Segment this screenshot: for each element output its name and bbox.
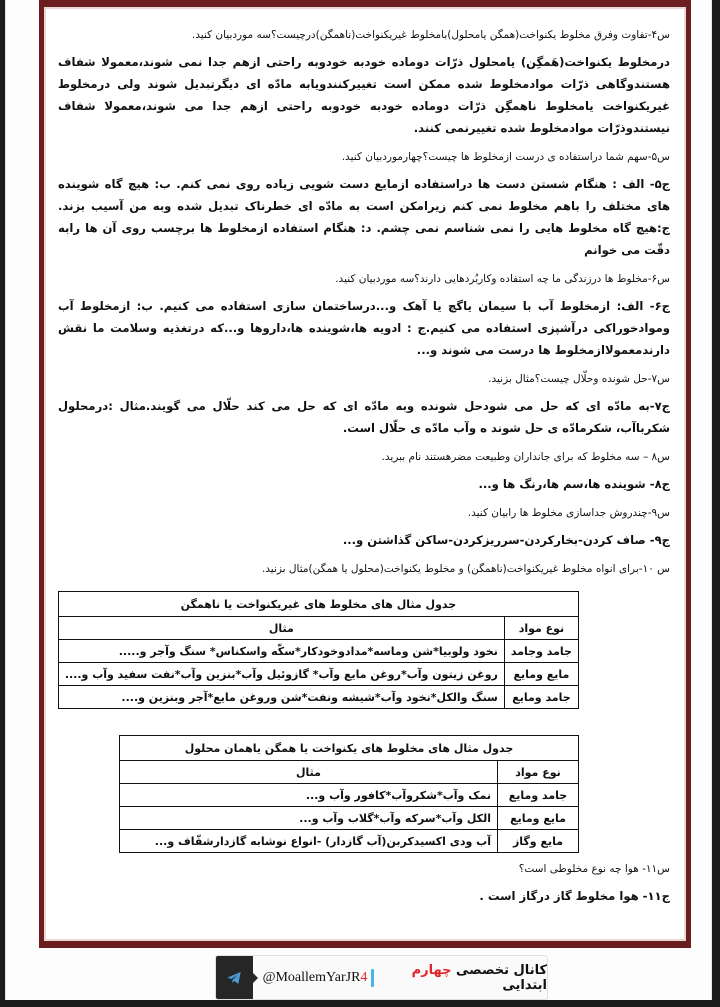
- table-row: مایع ومایع روغن زیتون وآب*روغن مایع وآب*…: [58, 663, 578, 686]
- table-row: مایع وگاز آب ودی اکسیدکربن(آب گازدار) -ا…: [120, 830, 579, 853]
- table-row: جامد ومایع سنگ والکل*نخود وآب*شیشه ونفت*…: [58, 686, 578, 709]
- question-8: س۸ – سه مخلوط که برای جانداران وطبیعت مض…: [58, 449, 670, 465]
- telegram-icon-box[interactable]: [216, 956, 253, 999]
- channel-name-part: کانال تخصصی: [451, 963, 547, 978]
- column-header-type: نوع مواد: [498, 761, 579, 784]
- table-header-row: نوع مواد مثال: [58, 617, 578, 640]
- page-border-frame: س۴-تفاوت وفرق مخلوط یکنواخت(همگن یامحلول…: [39, 0, 691, 948]
- question-11: س۱۱- هوا چه نوع مخلوطی است؟: [58, 861, 670, 877]
- frame-inner-border: س۴-تفاوت وفرق مخلوط یکنواخت(همگن یامحلول…: [44, 7, 686, 941]
- cell-example: الکل وآب*سرکه وآب*گلاب وآب و...: [120, 807, 498, 830]
- table-row: جامد ومایع نمک وآب*شکروآب*کافور وآب و...: [120, 784, 579, 807]
- table-title: جدول مثال های مخلوط های یکنواخت یا همگن …: [120, 736, 579, 761]
- question-7: س۷-حل شونده وحلّال چیست؟مثال بزنید.: [58, 371, 670, 387]
- answer-8: ج۸- شوینده ها،سم ها،رنگ ها و...: [58, 473, 670, 495]
- table-row: جامد وجامد نخود ولوبیا*شن وماسه*مدادوخود…: [58, 640, 578, 663]
- cell-example: نخود ولوبیا*شن وماسه*مدادوخودکار*سکّه وا…: [58, 640, 504, 663]
- document-page: س۴-تفاوت وفرق مخلوط یکنواخت(همگن یامحلول…: [5, 0, 712, 1000]
- worksheet-content: س۴-تفاوت وفرق مخلوط یکنواخت(همگن یامحلول…: [46, 9, 684, 939]
- cell-example: نمک وآب*شکروآب*کافور وآب و...: [120, 784, 498, 807]
- answer-11: ج۱۱- هوا مخلوط گاز درگاز است .: [58, 885, 670, 907]
- cell-type: جامد ومایع: [498, 784, 579, 807]
- table-title: جدول مثال های مخلوط های غیریکنواخت یا نا…: [58, 592, 578, 617]
- telegram-channel-banner[interactable]: @MoallemYarJR4 کانال تخصصی چهارم ابتدایی: [215, 955, 548, 1000]
- cell-type: جامد ومایع: [504, 686, 578, 709]
- column-header-type: نوع مواد: [504, 617, 578, 640]
- table-title-row: جدول مثال های مخلوط های یکنواخت یا همگن …: [120, 736, 579, 761]
- cell-type: مایع ومایع: [504, 663, 578, 686]
- cell-example: روغن زیتون وآب*روغن مایع وآب* گازوئیل وآ…: [58, 663, 504, 686]
- cell-type: مایع ومایع: [498, 807, 579, 830]
- answer-7: ج۷-به مادّه ای که حل می شودحل شونده وبه …: [58, 395, 670, 439]
- table-row: مایع ومایع الکل وآب*سرکه وآب*گلاب وآب و.…: [120, 807, 579, 830]
- bottom-dark-bar: [0, 1000, 720, 1007]
- handle-number: 4: [360, 970, 367, 985]
- homogeneous-mixtures-table: جدول مثال های مخلوط های یکنواخت یا همگن …: [119, 735, 579, 853]
- question-4: س۴-تفاوت وفرق مخلوط یکنواخت(همگن یامحلول…: [58, 27, 670, 43]
- heterogeneous-mixtures-table: جدول مثال های مخلوط های غیریکنواخت یا نا…: [58, 591, 579, 709]
- channel-name-tail: ابتدایی: [502, 978, 547, 993]
- question-10: س ۱۰-برای انواه مخلوط غیریکنواخت(ناهمگن)…: [58, 561, 670, 577]
- channel-handle[interactable]: @MoallemYarJR4: [263, 970, 368, 986]
- answer-4: درمخلوط یکنواخت(هَمگِن) یامحلول ذرّات دو…: [58, 51, 670, 139]
- channel-name: کانال تخصصی چهارم ابتدایی: [378, 963, 547, 993]
- table-title-row: جدول مثال های مخلوط های غیریکنواخت یا نا…: [58, 592, 578, 617]
- table-header-row: نوع مواد مثال: [120, 761, 579, 784]
- cell-type: مایع وگاز: [498, 830, 579, 853]
- divider-bar: [371, 969, 374, 987]
- cell-example: سنگ والکل*نخود وآب*شیشه ونفت*شن وروغن ما…: [58, 686, 504, 709]
- column-header-example: مثال: [58, 617, 504, 640]
- cell-example: آب ودی اکسیدکربن(آب گازدار) -انواع نوشاب…: [120, 830, 498, 853]
- answer-9: ج۹- صاف کردن-بخارکردن-سرریزکردن-ساکن گذا…: [58, 529, 670, 551]
- cell-type: جامد وجامد: [504, 640, 578, 663]
- question-6: س۶-مخلوط ها درزندگی ما چه استفاده وکاربُ…: [58, 271, 670, 287]
- question-5: س۵-سهم شما دراستفاده ی درست ازمخلوط ها چ…: [58, 149, 670, 165]
- answer-5: ج۵- الف : هنگام شستن دست ها دراستفاده از…: [58, 173, 670, 261]
- handle-text: @MoallemYarJR: [263, 970, 361, 985]
- question-9: س۹-چندروش جداسازی مخلوط ها رابیان کنید.: [58, 505, 670, 521]
- telegram-icon: [226, 970, 242, 986]
- channel-grade: چهارم: [412, 963, 452, 978]
- column-header-example: مثال: [120, 761, 498, 784]
- answer-6: ج۶- الف: ازمخلوط آب با سیمان یاگچ یا آهک…: [58, 295, 670, 361]
